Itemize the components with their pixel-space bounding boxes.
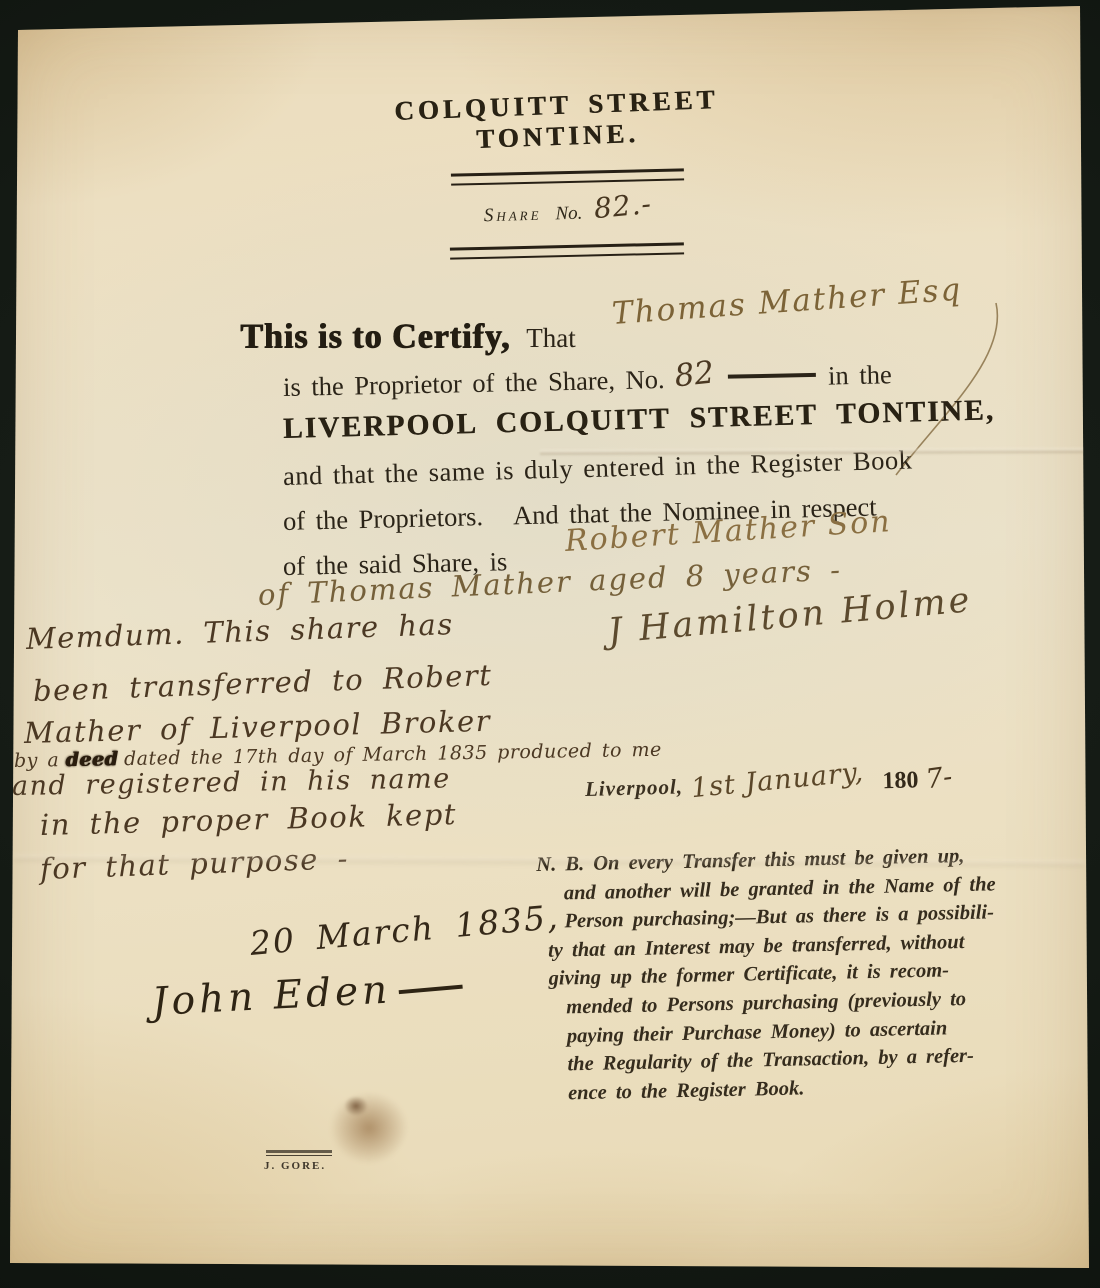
registrar-signature-handwritten: John Eden	[151, 964, 464, 1025]
share-box-rule-top	[451, 168, 684, 185]
share-number-inline-handwritten: 82	[672, 354, 715, 394]
memorandum-line-6: in the proper Book kept	[40, 797, 458, 842]
certify-that: That	[526, 323, 575, 354]
printer-imprint: J. GORE.	[264, 1160, 326, 1172]
blank-dash	[728, 373, 816, 378]
registrar-signature-text: John Eden	[151, 968, 392, 1025]
photo-background: COLQUITT STREET TONTINE. Share No. 82.- …	[0, 0, 1100, 1288]
certify-line: This is to Certify, That	[240, 318, 576, 356]
share-no-label: No.	[555, 203, 582, 225]
dateline: Liverpool, 1st January, 180 7-	[585, 762, 953, 803]
certificate-paper: COLQUITT STREET TONTINE. Share No. 82.- …	[0, 0, 1100, 1288]
deed-word-blotted: deed	[65, 748, 118, 771]
memorandum-line-7: for that purpose -	[39, 841, 349, 886]
proprietors-text: of the Proprietors.	[283, 501, 484, 537]
deed-line-prefix: by a	[14, 749, 60, 772]
memorandum-line-5: and registered in his name	[12, 763, 451, 802]
memorandum-line-1: Memdum. This share has	[25, 607, 454, 656]
document-title: COLQUITT STREET TONTINE.	[321, 81, 793, 160]
dateline-year-handwritten: 7-	[924, 761, 954, 795]
share-number-handwritten: 82.-	[593, 187, 654, 225]
ink-stain-dark-spot	[344, 1096, 368, 1116]
certify-blackletter: This is to Certify,	[240, 317, 510, 357]
share-line-suffix: in the	[828, 359, 892, 391]
share-label: Share	[484, 204, 542, 227]
proprietor-share-line: is the Proprietor of the Share, No. 82 i…	[283, 355, 892, 404]
printer-rule	[266, 1150, 332, 1156]
transfer-notice: N. B. On every Transfer this must be giv…	[536, 842, 986, 1109]
memorandum-line-2: been transferred to Robert	[32, 658, 493, 708]
share-box-rule-bottom	[450, 242, 684, 259]
share-number-line: Share No. 82.-	[446, 190, 691, 229]
ink-stain	[330, 1092, 408, 1164]
dateline-place-printed: Liverpool,	[585, 774, 684, 802]
signature-flourish	[399, 985, 463, 995]
dateline-year-printed: 180	[882, 767, 919, 795]
dateline-date-handwritten: 1st January,	[690, 757, 866, 804]
transfer-date-handwritten: 20 March 1835,	[248, 897, 561, 963]
share-line-prefix: is the Proprietor of the Share, No.	[283, 364, 665, 403]
